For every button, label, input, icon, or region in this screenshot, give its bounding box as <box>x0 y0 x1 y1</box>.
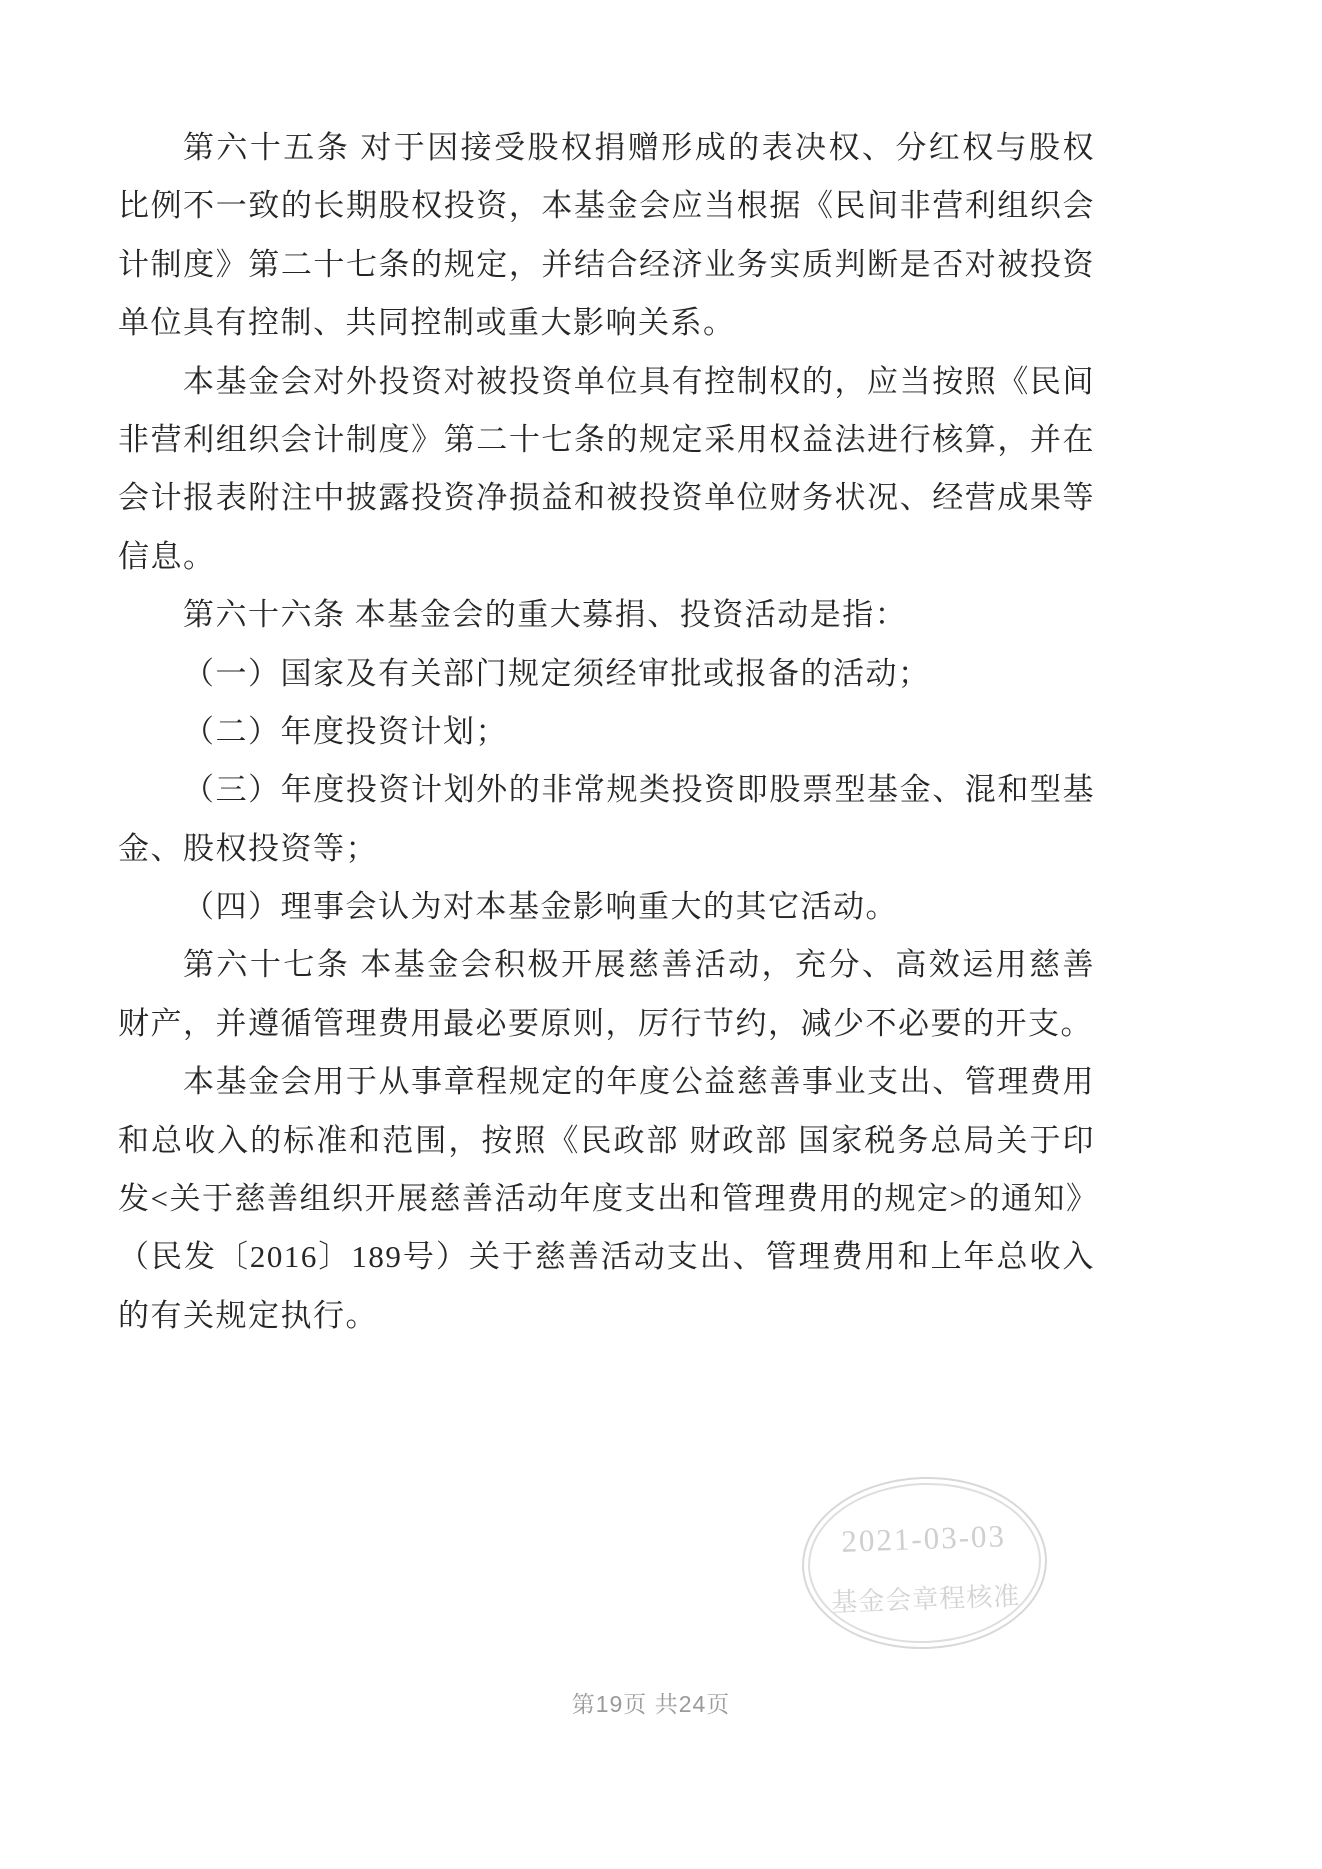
text-line: 比例不一致的长期股权投资，本基金会应当根据《民间非营利组织会 <box>118 177 1095 235</box>
approval-stamp: 2021-03-03 基金会章程核准 <box>799 1473 1050 1653</box>
text-line: 会计报表附注中披露投资净损益和被投资单位财务状况、经营成果等 <box>118 469 1095 527</box>
text-line: 本基金会对外投资对被投资单位具有控制权的，应当按照《民间 <box>118 353 1095 411</box>
text-line: 第六十六条 本基金会的重大募捐、投资活动是指： <box>118 586 1095 644</box>
text-line: 和总收入的标准和范围，按照《民政部 财政部 国家税务总局关于印 <box>118 1112 1095 1170</box>
document-page: 第六十五条 对于因接受股权捐赠形成的表决权、分红权与股权比例不一致的长期股权投资… <box>0 0 1322 1869</box>
text-line: 第六十七条 本基金会积极开展慈善活动，充分、高效运用慈善 <box>118 936 1095 994</box>
text-line: 计制度》第二十七条的规定，并结合经济业务实质判断是否对被投资 <box>118 236 1095 294</box>
text-line: 金、股权投资等； <box>118 820 1095 878</box>
page-number: 第19页 共24页 <box>0 1686 1302 1719</box>
text-line: （四）理事会认为对本基金影响重大的其它活动。 <box>118 878 1095 936</box>
text-line: 本基金会用于从事章程规定的年度公益慈善事业支出、管理费用 <box>118 1053 1095 1111</box>
text-line: 的有关规定执行。 <box>118 1287 1095 1345</box>
stamp-label: 基金会章程核准 <box>831 1575 1021 1619</box>
text-line: （一）国家及有关部门规定须经审批或报备的活动； <box>118 645 1095 703</box>
text-line: 信息。 <box>118 528 1095 586</box>
text-line: （民发〔2016〕189号）关于慈善活动支出、管理费用和上年总收入 <box>118 1228 1095 1286</box>
text-line: 第六十五条 对于因接受股权捐赠形成的表决权、分红权与股权 <box>118 119 1095 177</box>
text-line: 财产，并遵循管理费用最必要原则，厉行节约，减少不必要的开支。 <box>118 995 1095 1053</box>
stamp-inner-ring-icon <box>805 1479 1043 1647</box>
stamp-date: 2021-03-03 <box>841 1518 1007 1560</box>
text-line: （二）年度投资计划； <box>118 703 1095 761</box>
text-line: 非营利组织会计制度》第二十七条的规定采用权益法进行核算，并在 <box>118 411 1095 469</box>
text-line: 发<关于慈善组织开展慈善活动年度支出和管理费用的规定>的通知》 <box>118 1170 1095 1228</box>
text-line: （三）年度投资计划外的非常规类投资即股票型基金、混和型基 <box>118 761 1095 819</box>
text-line: 单位具有控制、共同控制或重大影响关系。 <box>118 294 1095 352</box>
document-body: 第六十五条 对于因接受股权捐赠形成的表决权、分红权与股权比例不一致的长期股权投资… <box>118 119 1095 1345</box>
